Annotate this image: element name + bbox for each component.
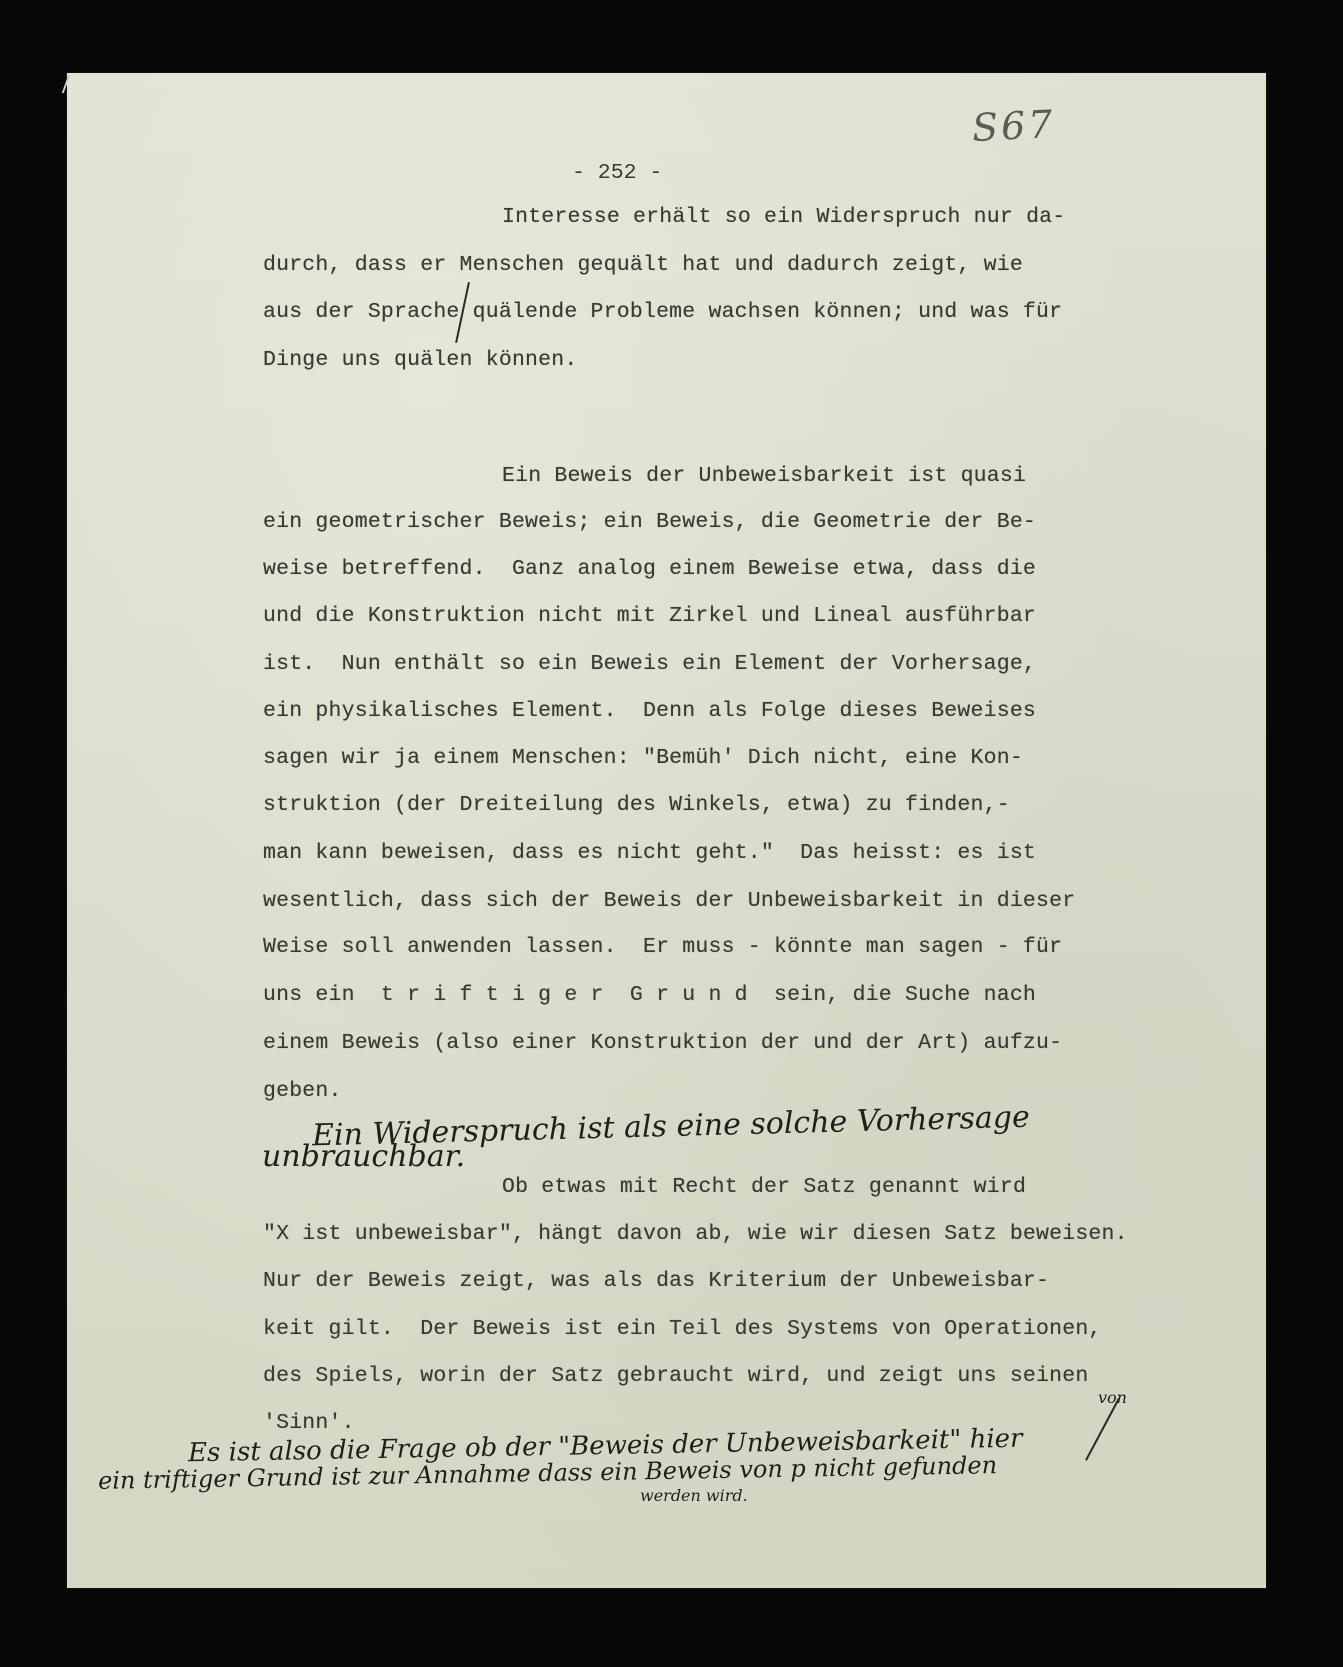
page-number: - 252 -: [572, 161, 662, 185]
folded-corner: [62, 75, 81, 93]
typed-line: Interesse erhält so ein Widerspruch nur …: [502, 207, 1065, 229]
archive-number: S67: [971, 102, 1057, 150]
typed-line: uns ein t r i f t i g e r G r u n d sein…: [263, 985, 1036, 1007]
typed-line: Ob etwas mit Recht der Satz genannt wird: [502, 1177, 1026, 1199]
typed-line: keit gilt. Der Beweis ist ein Teil des S…: [263, 1319, 1102, 1341]
typed-line: ein physikalisches Element. Denn als Fol…: [263, 701, 1036, 723]
handwritten-note-line: unbrauchbar.: [262, 1142, 465, 1172]
typed-line: und die Konstruktion nicht mit Zirkel un…: [263, 606, 1036, 628]
typed-line: "X ist unbeweisbar", hängt davon ab, wie…: [263, 1224, 1128, 1246]
handwritten-note-line: werden wird.: [640, 1488, 748, 1504]
typed-line: man kann beweisen, dass es nicht geht." …: [263, 843, 1036, 865]
typed-line: Dinge uns quälen können.: [263, 350, 577, 372]
typed-line: 'Sinn'.: [263, 1413, 355, 1435]
typed-line: struktion (der Dreiteilung des Winkels, …: [263, 795, 1010, 817]
typed-line: wesentlich, dass sich der Beweis der Unb…: [263, 891, 1075, 913]
typed-line: ein geometrischer Beweis; ein Beweis, di…: [263, 512, 1036, 534]
typed-line: geben.: [263, 1081, 342, 1103]
typed-line: Nur der Beweis zeigt, was als das Kriter…: [263, 1271, 1049, 1293]
typed-line: einem Beweis (also einer Konstruktion de…: [263, 1033, 1062, 1055]
typed-line: Ein Beweis der Unbeweisbarkeit ist quasi: [502, 466, 1026, 488]
typed-line: Weise soll anwenden lassen. Er muss - kö…: [263, 937, 1062, 959]
typed-line: sagen wir ja einem Menschen: "Bemüh' Dic…: [263, 748, 1023, 770]
handwritten-insertion: von: [1098, 1390, 1127, 1406]
typed-line: des Spiels, worin der Satz gebraucht wir…: [263, 1366, 1088, 1388]
typed-line: durch, dass er Menschen gequält hat und …: [263, 255, 1023, 277]
typed-line: ist. Nun enthält so ein Beweis ein Eleme…: [263, 654, 1036, 676]
typed-line: weise betreffend. Ganz analog einem Bewe…: [263, 559, 1036, 581]
typed-line: aus der Sprache quälende Probleme wachse…: [263, 302, 1062, 324]
